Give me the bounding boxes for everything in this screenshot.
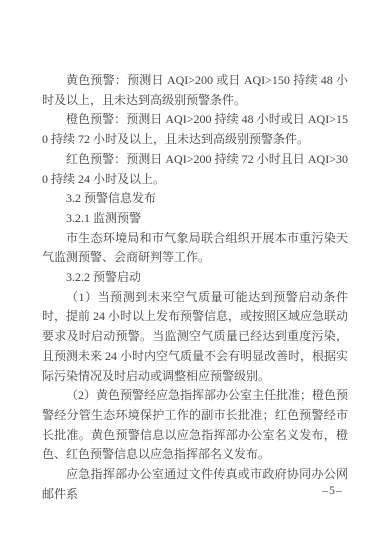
page-number: –5– xyxy=(322,483,343,497)
paragraph-orange-alert-criteria: 橙色预警：预测日 AQI>200 持续 48 小时或日 AQI>150 持续 7… xyxy=(42,110,348,149)
paragraph-activation-item-1: （1）当预测到未来空气质量可能达到预警启动条件时，提前 24 小时以上发布预警信… xyxy=(42,288,348,387)
heading-3-2-1-monitoring-alert: 3.2.1 监测预警 xyxy=(42,209,348,229)
document-body: 黄色预警：预测日 AQI>200 或日 AQI>150 持续 48 小时及以上，… xyxy=(42,71,348,504)
document-page: 黄色预警：预测日 AQI>200 或日 AQI>150 持续 48 小时及以上，… xyxy=(0,0,390,551)
heading-3-2-alert-info-release: 3.2 预警信息发布 xyxy=(42,189,348,209)
paragraph-red-alert-criteria: 红色预警：预测日 AQI>200 持续 72 小时且日 AQI>300 持续 2… xyxy=(42,150,348,189)
heading-3-2-2-alert-activation: 3.2.2 预警启动 xyxy=(42,268,348,288)
paragraph-activation-item-2: （2）黄色预警经应急指挥部办公室主任批准；橙色预警经分管生态环境保护工作的副市长… xyxy=(42,386,348,465)
paragraph-notification-channels: 应急指挥部办公室通过文件传真或市政府协同办公网邮件系 xyxy=(42,465,348,504)
paragraph-monitoring-agencies: 市生态环境局和市气象局联合组织开展本市重污染天气监测预警、会商研判等工作。 xyxy=(42,229,348,268)
paragraph-yellow-alert-criteria: 黄色预警：预测日 AQI>200 或日 AQI>150 持续 48 小时及以上，… xyxy=(42,71,348,110)
